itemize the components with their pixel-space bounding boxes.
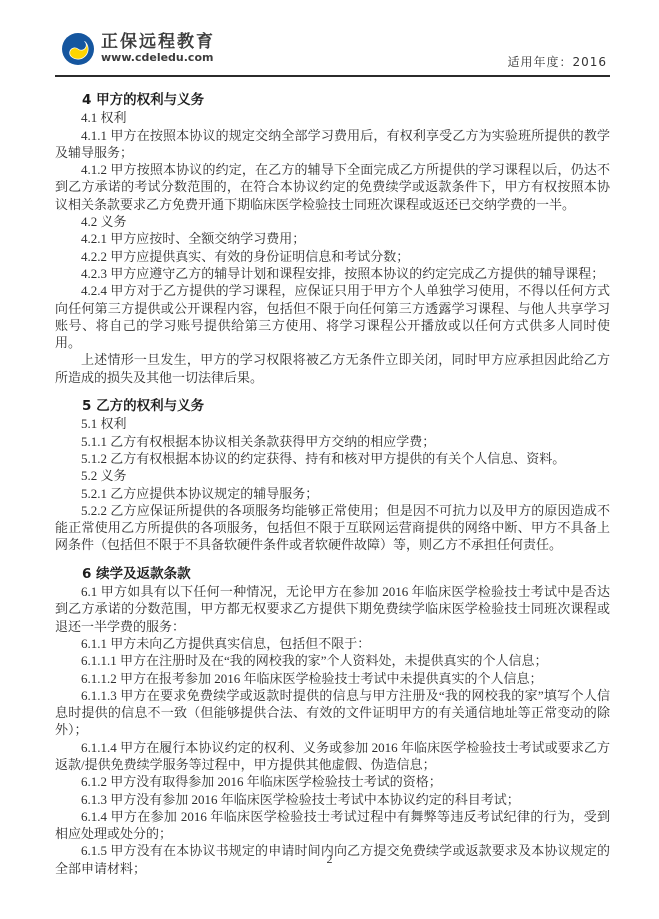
paragraph: 6.1.2 甲方没有取得参加 2016 年临床医学检验技士考试的资格； — [55, 773, 610, 790]
paragraph: 5.2.2 乙方应保证所提供的各项服务均能够正常使用；但是因不可抗力以及甲方的原… — [55, 502, 610, 554]
paragraph: 4.1.1 甲方在按照本协议的规定交纳全部学习费用后，有权利享受乙方为实验班所提… — [55, 127, 610, 162]
paragraph: 5.1.1 乙方有权根据本协议相关条款获得甲方交纳的相应学费； — [55, 433, 610, 450]
paragraph: 6.1.1 甲方未向乙方提供真实信息，包括但不限于： — [55, 635, 610, 652]
paragraph: 4.2.4 甲方对于乙方提供的学习课程，应保证只用于甲方个人单独学习使用，不得以… — [55, 282, 610, 351]
section-4: 4 甲方的权利与义务 4.1 权利 4.1.1 甲方在按照本协议的规定交纳全部学… — [55, 92, 610, 386]
paragraph: 上述情形一旦发生，甲方的学习权限将被乙方无条件立即关闭，同时甲方应承担因此给乙方… — [55, 351, 610, 386]
paragraph: 4.2.2 甲方应提供真实、有效的身份证明信息和考试分数； — [55, 248, 610, 265]
paragraph: 6.1.1.1 甲方在注册时及在“我的网校我的家”个人资料处，未提供真实的个人信… — [55, 652, 610, 669]
paragraph: 5.1.2 乙方有权根据本协议的约定获得、持有和核对甲方提供的有关个人信息、资料… — [55, 450, 610, 467]
applicable-year-label: 适用年度：2016 — [507, 53, 607, 70]
contract-body: 4 甲方的权利与义务 4.1 权利 4.1.1 甲方在按照本协议的规定交纳全部学… — [55, 92, 610, 877]
paragraph: 6.1 甲方如具有以下任何一种情况，无论甲方在参加 2016 年临床医学检验技士… — [55, 583, 610, 635]
paragraph: 5.2 义务 — [55, 467, 610, 484]
page-number: 2 — [0, 852, 659, 867]
paragraph: 4.1 权利 — [55, 109, 610, 126]
paragraph: 6.1.1.4 甲方在履行本协议约定的权利、义务或参加 2016 年临床医学检验… — [55, 739, 610, 774]
brand-text: 正保远程教育 www.cdeledu.com — [101, 33, 215, 64]
paragraph: 4.1.2 甲方按照本协议的约定，在乙方的辅导下全面完成乙方所提供的学习课程以后… — [55, 161, 610, 213]
paragraph: 6.1.4 甲方在参加 2016 年临床医学检验技士考试过程中有舞弊等违反考试纪… — [55, 808, 610, 843]
section-6: 6 续学及返款条款 6.1 甲方如具有以下任何一种情况，无论甲方在参加 2016… — [55, 566, 610, 877]
brand-url: www.cdeledu.com — [101, 51, 215, 64]
paragraph: 6.1.1.2 甲方在报考参加 2016 年临床医学检验技士考试中未提供真实的个… — [55, 670, 610, 687]
section-heading: 5 乙方的权利与义务 — [55, 398, 610, 415]
section-heading: 4 甲方的权利与义务 — [55, 92, 610, 109]
section-heading: 6 续学及返款条款 — [55, 566, 610, 583]
header-divider — [55, 75, 610, 77]
paragraph: 4.2.3 甲方应遵守乙方的辅导计划和课程安排，按照本协议的约定完成乙方提供的辅… — [55, 265, 610, 282]
paragraph: 6.1.3 甲方没有参加 2016 年临床医学检验技士考试中本协议约定的科目考试… — [55, 791, 610, 808]
brand-swirl-icon — [62, 33, 94, 65]
paragraph: 5.1 权利 — [55, 415, 610, 432]
paragraph: 4.2 义务 — [55, 213, 610, 230]
section-5: 5 乙方的权利与义务 5.1 权利 5.1.1 乙方有权根据本协议相关条款获得甲… — [55, 398, 610, 554]
brand-name: 正保远程教育 — [101, 33, 215, 51]
brand-logo: 正保远程教育 www.cdeledu.com — [62, 33, 215, 65]
paragraph: 5.2.1 乙方应提供本协议规定的辅导服务； — [55, 485, 610, 502]
paragraph: 4.2.1 甲方应按时、全额交纳学习费用； — [55, 230, 610, 247]
paragraph: 6.1.1.3 甲方在要求免费续学或返款时提供的信息与甲方注册及“我的网校我的家… — [55, 687, 610, 739]
document-page: 正保远程教育 www.cdeledu.com 适用年度：2016 4 甲方的权利… — [0, 0, 659, 919]
